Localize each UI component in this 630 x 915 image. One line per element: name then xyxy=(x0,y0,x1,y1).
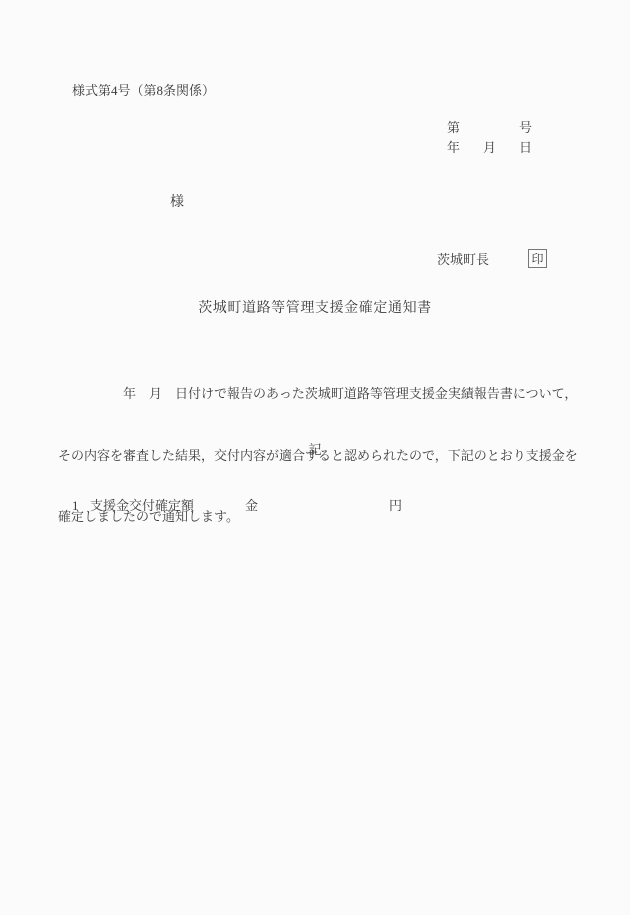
date-month-label: 月 xyxy=(483,141,496,154)
body-line: 年 月 日付けで報告のあった茨城町道路等管理支援金実績報告書について， xyxy=(58,384,568,405)
amount-suffix: 円 xyxy=(389,499,402,512)
date-day-label: 日 xyxy=(519,141,532,154)
item-number: 1 xyxy=(72,499,79,512)
document-title: 茨城町道路等管理支援金確定通知書 xyxy=(0,302,630,316)
amount-prefix: 金 xyxy=(245,499,258,512)
seal-mark: 印 xyxy=(528,249,547,268)
sender-title: 茨城町長 xyxy=(437,253,489,266)
addressee-honorific: 様 xyxy=(170,196,184,210)
form-number: 様式第4号（第8条関係） xyxy=(72,84,215,97)
document-page: 様式第4号（第8条関係） 第 号 年 月 日 様 茨城町長 印 茨城町道路等管理… xyxy=(0,0,630,915)
doc-number-suffix: 号 xyxy=(519,121,532,134)
doc-number-prefix: 第 xyxy=(447,121,460,134)
item-label: 支援金交付確定額 xyxy=(90,499,194,512)
date-year-label: 年 xyxy=(447,141,460,154)
record-marker: 記 xyxy=(0,443,630,456)
